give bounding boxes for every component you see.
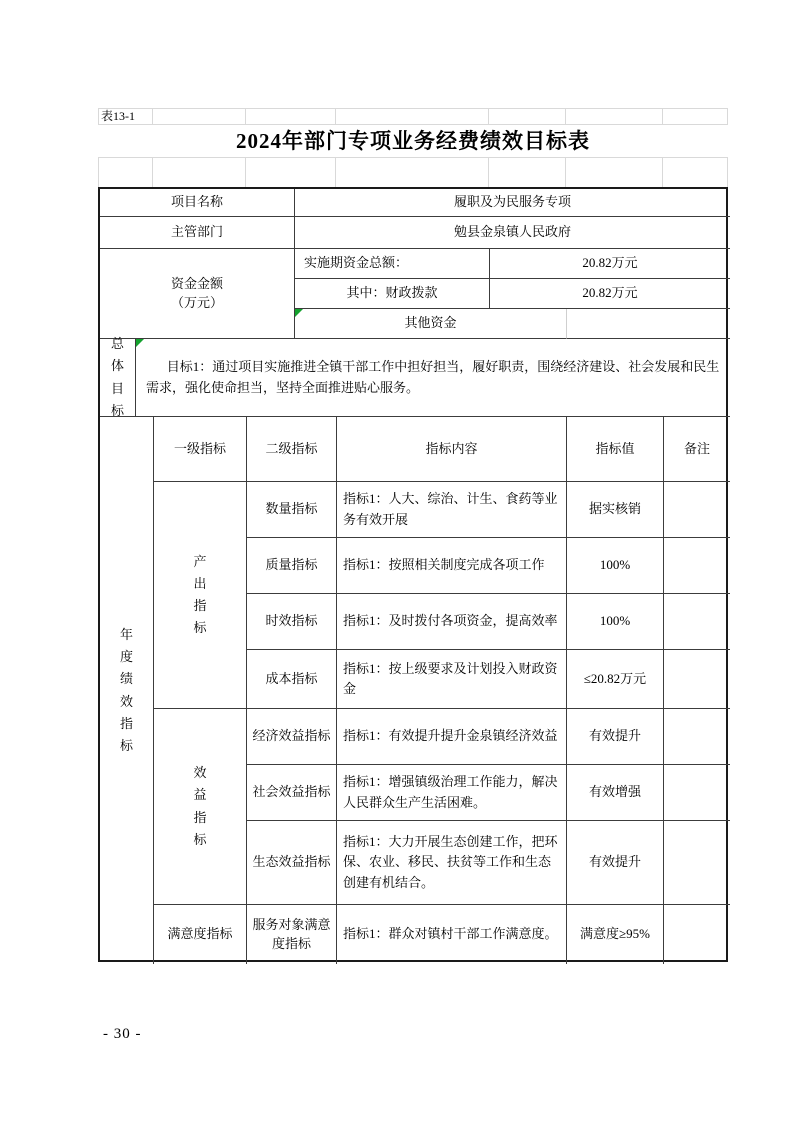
comment-marker-icon: [136, 339, 144, 347]
sub-indicator-label: 质量指标: [247, 538, 337, 594]
fund-total-label: 实施期资金总额：: [295, 249, 490, 279]
indicator-content: 指标1：有效提升提升金泉镇经济效益: [337, 709, 567, 765]
header-content: 指标内容: [337, 417, 567, 482]
indicator-value: 100%: [567, 538, 664, 594]
comment-marker-icon: [295, 309, 303, 317]
fund-other-label: 其他资金: [295, 309, 567, 339]
header-note: 备注: [664, 417, 730, 482]
indicator-note: [664, 482, 730, 538]
project-name-label: 项目名称: [100, 189, 295, 217]
sheet-label: 表13-1: [101, 108, 135, 124]
indicator-value: ≤20.82万元: [567, 650, 664, 709]
page-title: 2024年部门专项业务经费绩效目标表: [98, 123, 728, 157]
fund-amount-label-line2: （万元）: [171, 294, 223, 313]
fund-fiscal-value: 20.82万元: [490, 279, 730, 309]
indicator-value: 100%: [567, 594, 664, 650]
group-satisfaction-indicators: 满意度指标: [154, 905, 247, 964]
document-page: 表13-1 2024年部门专项业务经费绩效目标表 项目名称 履职及为民服务专项 …: [0, 0, 793, 1122]
fund-total-value: 20.82万元: [490, 249, 730, 279]
indicator-note: [664, 650, 730, 709]
sub-indicator-label: 数量指标: [247, 482, 337, 538]
fund-other-value: [567, 309, 730, 339]
annual-indicators-label: 年 度 绩 效 指 标: [100, 417, 154, 964]
header-level1: 一级指标: [154, 417, 247, 482]
indicator-note: [664, 538, 730, 594]
indicator-content: 指标1：人大、综治、计生、食药等业务有效开展: [337, 482, 567, 538]
indicator-value: 据实核销: [567, 482, 664, 538]
fund-fiscal-label: 其中：财政拨款: [295, 279, 490, 309]
department-label: 主管部门: [100, 217, 295, 249]
header-value: 指标值: [567, 417, 664, 482]
indicator-value: 有效提升: [567, 709, 664, 765]
indicator-note: [664, 765, 730, 821]
header-level2: 二级指标: [247, 417, 337, 482]
project-name-value: 履职及为民服务专项: [295, 189, 730, 217]
overall-goal-text: 目标1：通过项目实施推进全镇干部工作中担好担当，履好职责，围绕经济建设、社会发展…: [136, 339, 730, 417]
indicator-note: [664, 905, 730, 964]
sub-indicator-label: 服务对象满意度指标: [247, 905, 337, 964]
indicator-content: 指标1：及时拨付各项资金，提高效率: [337, 594, 567, 650]
indicator-content: 指标1：增强镇级治理工作能力，解决人民群众生产生活困难。: [337, 765, 567, 821]
indicator-value: 有效提升: [567, 821, 664, 905]
fund-amount-label-line1: 资金金额: [171, 275, 223, 294]
group-output-indicators: 产 出 指 标: [154, 482, 247, 709]
sub-indicator-label: 生态效益指标: [247, 821, 337, 905]
department-value: 勉县金泉镇人民政府: [295, 217, 730, 249]
indicator-content: 指标1：按上级要求及计划投入财政资金: [337, 650, 567, 709]
sub-indicator-label: 社会效益指标: [247, 765, 337, 821]
indicator-content: 指标1：按照相关制度完成各项工作: [337, 538, 567, 594]
indicator-value: 有效增强: [567, 765, 664, 821]
indicator-content: 指标1：大力开展生态创建工作，把环保、农业、移民、扶贫等工作和生态创建有机结合。: [337, 821, 567, 905]
sub-indicator-label: 时效指标: [247, 594, 337, 650]
page-number: - 30 -: [103, 1026, 142, 1043]
indicator-content: 指标1：群众对镇村干部工作满意度。: [337, 905, 567, 964]
fund-amount-label: 资金金额 （万元）: [100, 249, 295, 339]
sub-indicator-label: 成本指标: [247, 650, 337, 709]
indicator-value: 满意度≥95%: [567, 905, 664, 964]
performance-target-table: 项目名称 履职及为民服务专项 主管部门 勉县金泉镇人民政府 资金金额 （万元） …: [98, 187, 728, 962]
overall-goal-label: 总 体 目 标: [100, 339, 136, 417]
indicator-note: [664, 709, 730, 765]
indicator-note: [664, 594, 730, 650]
sub-indicator-label: 经济效益指标: [247, 709, 337, 765]
indicator-note: [664, 821, 730, 905]
group-benefit-indicators: 效 益 指 标: [154, 709, 247, 905]
